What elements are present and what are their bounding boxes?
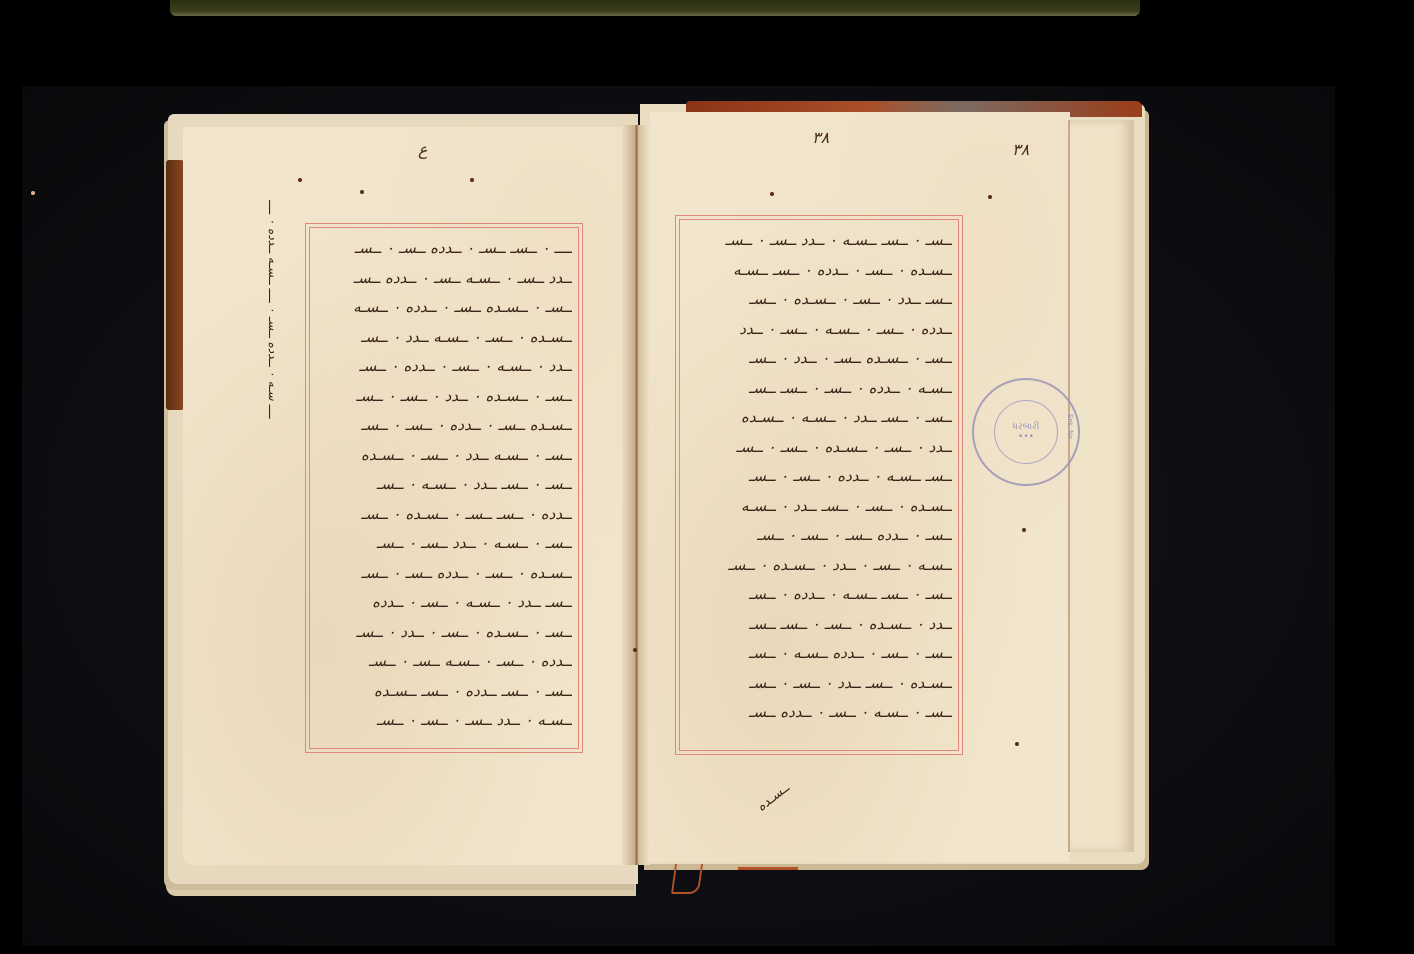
text-line: ــدد ۰ ــسـ ۰ ــسـده ۰ ــسـ ۰ ــسـ	[686, 433, 952, 463]
text-line: ــــ ۰ ــسـ ــسـ ۰ ــدده ــسـ ۰ ــسـ	[316, 234, 572, 264]
left-margin-note: ــــ سـه ۰ ــدده ــسـ ۰ ــــ ــسـه ــدده…	[234, 200, 280, 430]
text-line: ــسـ ۰ ــسـ ــسـه ۰ ــدده ۰ ــسـ	[686, 580, 952, 610]
text-line: ــسـ ۰ ــدده ــسـ ۰ ــسـ ۰ ــسـ	[686, 521, 952, 551]
right-folio-number: ۳۸	[1012, 140, 1029, 159]
text-line: ــسـده ۰ ــسـ ۰ ــسـ ــدد ۰ ــسـه	[686, 492, 952, 522]
text-line: ــدد ــسـ ۰ ــسـه ــسـ ۰ ــدده ــسـ	[316, 264, 572, 294]
text-line: ــسـ ۰ ــسـه ۰ ــسـ ۰ ــدده ــسـ	[686, 698, 952, 728]
right-page-fore-edge	[1068, 120, 1134, 852]
text-line: ــسـ ۰ ــسـ ــدد ۰ ــسـه ۰ ــسـ	[316, 470, 572, 500]
stamp-ornament: •••	[1018, 432, 1034, 442]
text-line: ــسـ ــسـه ۰ ــدده ۰ ــسـ ۰ ــسـ	[686, 462, 952, 492]
text-line: ــسـ ۰ ــسـده ۰ ــدد ۰ ــسـ ۰ ــسـ	[316, 382, 572, 412]
left-text-frame: ــــ ۰ ــسـ ــسـ ۰ ــدده ــسـ ۰ ــسـ ــد…	[309, 227, 579, 749]
text-line: ــسـ ۰ ــسـده ــسـ ۰ ــدد ۰ ــسـ	[686, 344, 952, 374]
top-strip	[170, 0, 1140, 16]
text-line: ــسـ ۰ ــسـه ۰ ــدد ــسـ ۰ ــسـ	[316, 529, 572, 559]
left-text-block: ــــ ۰ ــسـ ــسـ ۰ ــدده ــسـ ۰ ــسـ ــد…	[316, 234, 572, 736]
ink-dot	[633, 648, 637, 652]
text-line: ــسـه ۰ ــسـ ۰ ــدد ۰ ــسـده ۰ ــسـ	[686, 551, 952, 581]
text-line: ــدده ۰ ــسـ ۰ ــسـه ــسـ ۰ ــسـ	[316, 647, 572, 677]
text-line: ــسـ ۰ ــسـ ــدده ۰ ــسـ ــسـده	[316, 677, 572, 707]
ink-dot	[470, 178, 474, 182]
text-line: ــسـده ۰ ــسـ ۰ ــدده ــسـ ۰ ــسـ	[316, 559, 572, 589]
library-stamp: ધરબારી ••• Ent. No.	[972, 378, 1080, 486]
stamp-inner-ring: ધરબારી •••	[994, 400, 1058, 464]
book-gutter	[622, 125, 650, 865]
text-line: ــدد ۰ ــسـده ۰ ــسـ ۰ ــسـ ــسـ	[686, 610, 952, 640]
ink-dot	[360, 190, 364, 194]
left-edge-stain	[166, 160, 184, 410]
ink-dot	[298, 178, 302, 182]
left-folio-mark: ع	[418, 140, 428, 159]
text-line: ــسـه ۰ ــدده ۰ ــسـ ۰ ــسـ ــسـ	[686, 374, 952, 404]
right-text-block: ــسـ ۰ ــسـ ــسـه ۰ ــدد ــسـ ۰ ــسـ ــس…	[686, 226, 952, 728]
text-line: ــدد ۰ ــسـه ۰ ــسـ ۰ ــدده ۰ ــسـ	[316, 352, 572, 382]
text-line: ــسـ ۰ ــسـ ــسـه ۰ ــدد ــسـ ۰ ــسـ	[686, 226, 952, 256]
text-line: ــسـده ۰ ــسـ ۰ ــسـه ــدد ۰ ــسـ	[316, 323, 572, 353]
text-line: ــسـده ــسـ ۰ ــدده ۰ ــسـ ۰ ــسـ	[316, 411, 572, 441]
text-line: ــسـده ۰ ــسـ ــدد ۰ ــسـ ۰ ــسـ	[686, 669, 952, 699]
ink-dot	[1015, 742, 1019, 746]
text-line: ــدده ۰ ــسـ ــسـ ۰ ــسـده ۰ ــسـ	[316, 500, 572, 530]
stamp-ring-text: Ent. No.	[1066, 414, 1074, 442]
text-line: ــسـه ۰ ــدد ــسـ ۰ ــسـ ۰ ــسـ	[316, 706, 572, 736]
dust-speck	[31, 191, 35, 195]
ink-dot	[988, 195, 992, 199]
text-line: ــسـ ــدد ۰ ــسـه ۰ ــسـ ۰ ــدده	[316, 588, 572, 618]
text-line: ــسـ ــدد ۰ ــسـ ۰ ــسـده ۰ ــسـ	[686, 285, 952, 315]
text-line: ــدده ۰ ــسـ ۰ ــسـه ۰ ــسـ ۰ ــدد	[686, 315, 952, 345]
ink-dot	[770, 192, 774, 196]
text-line: ــسـ ۰ ــسـده ــسـ ۰ ــدده ۰ ــسـه	[316, 293, 572, 323]
stamp-center-text: ધરબારી	[1013, 422, 1040, 432]
text-line: ــسـ ۰ ــسـ ــدد ۰ ــسـه ۰ ــسـده	[686, 403, 952, 433]
right-text-frame: ــسـ ۰ ــسـ ــسـه ۰ ــدد ــسـ ۰ ــسـ ــس…	[679, 219, 959, 751]
text-line: ــسـ ۰ ــسـده ۰ ــسـ ۰ ــدد ۰ ــسـ	[316, 618, 572, 648]
binding-thread-tail	[738, 867, 798, 870]
right-folio-mark: ۳۸	[812, 128, 829, 147]
text-line: ــسـ ۰ ــسـه ــدد ۰ ــسـ ۰ ــسـده	[316, 441, 572, 471]
text-line: ــسـده ۰ ــسـ ۰ ــدده ۰ ــسـ ــسـه	[686, 256, 952, 286]
ink-dot	[1022, 528, 1026, 532]
text-line: ــسـ ۰ ــسـ ۰ ــدده ــسـه ۰ ــسـ	[686, 639, 952, 669]
